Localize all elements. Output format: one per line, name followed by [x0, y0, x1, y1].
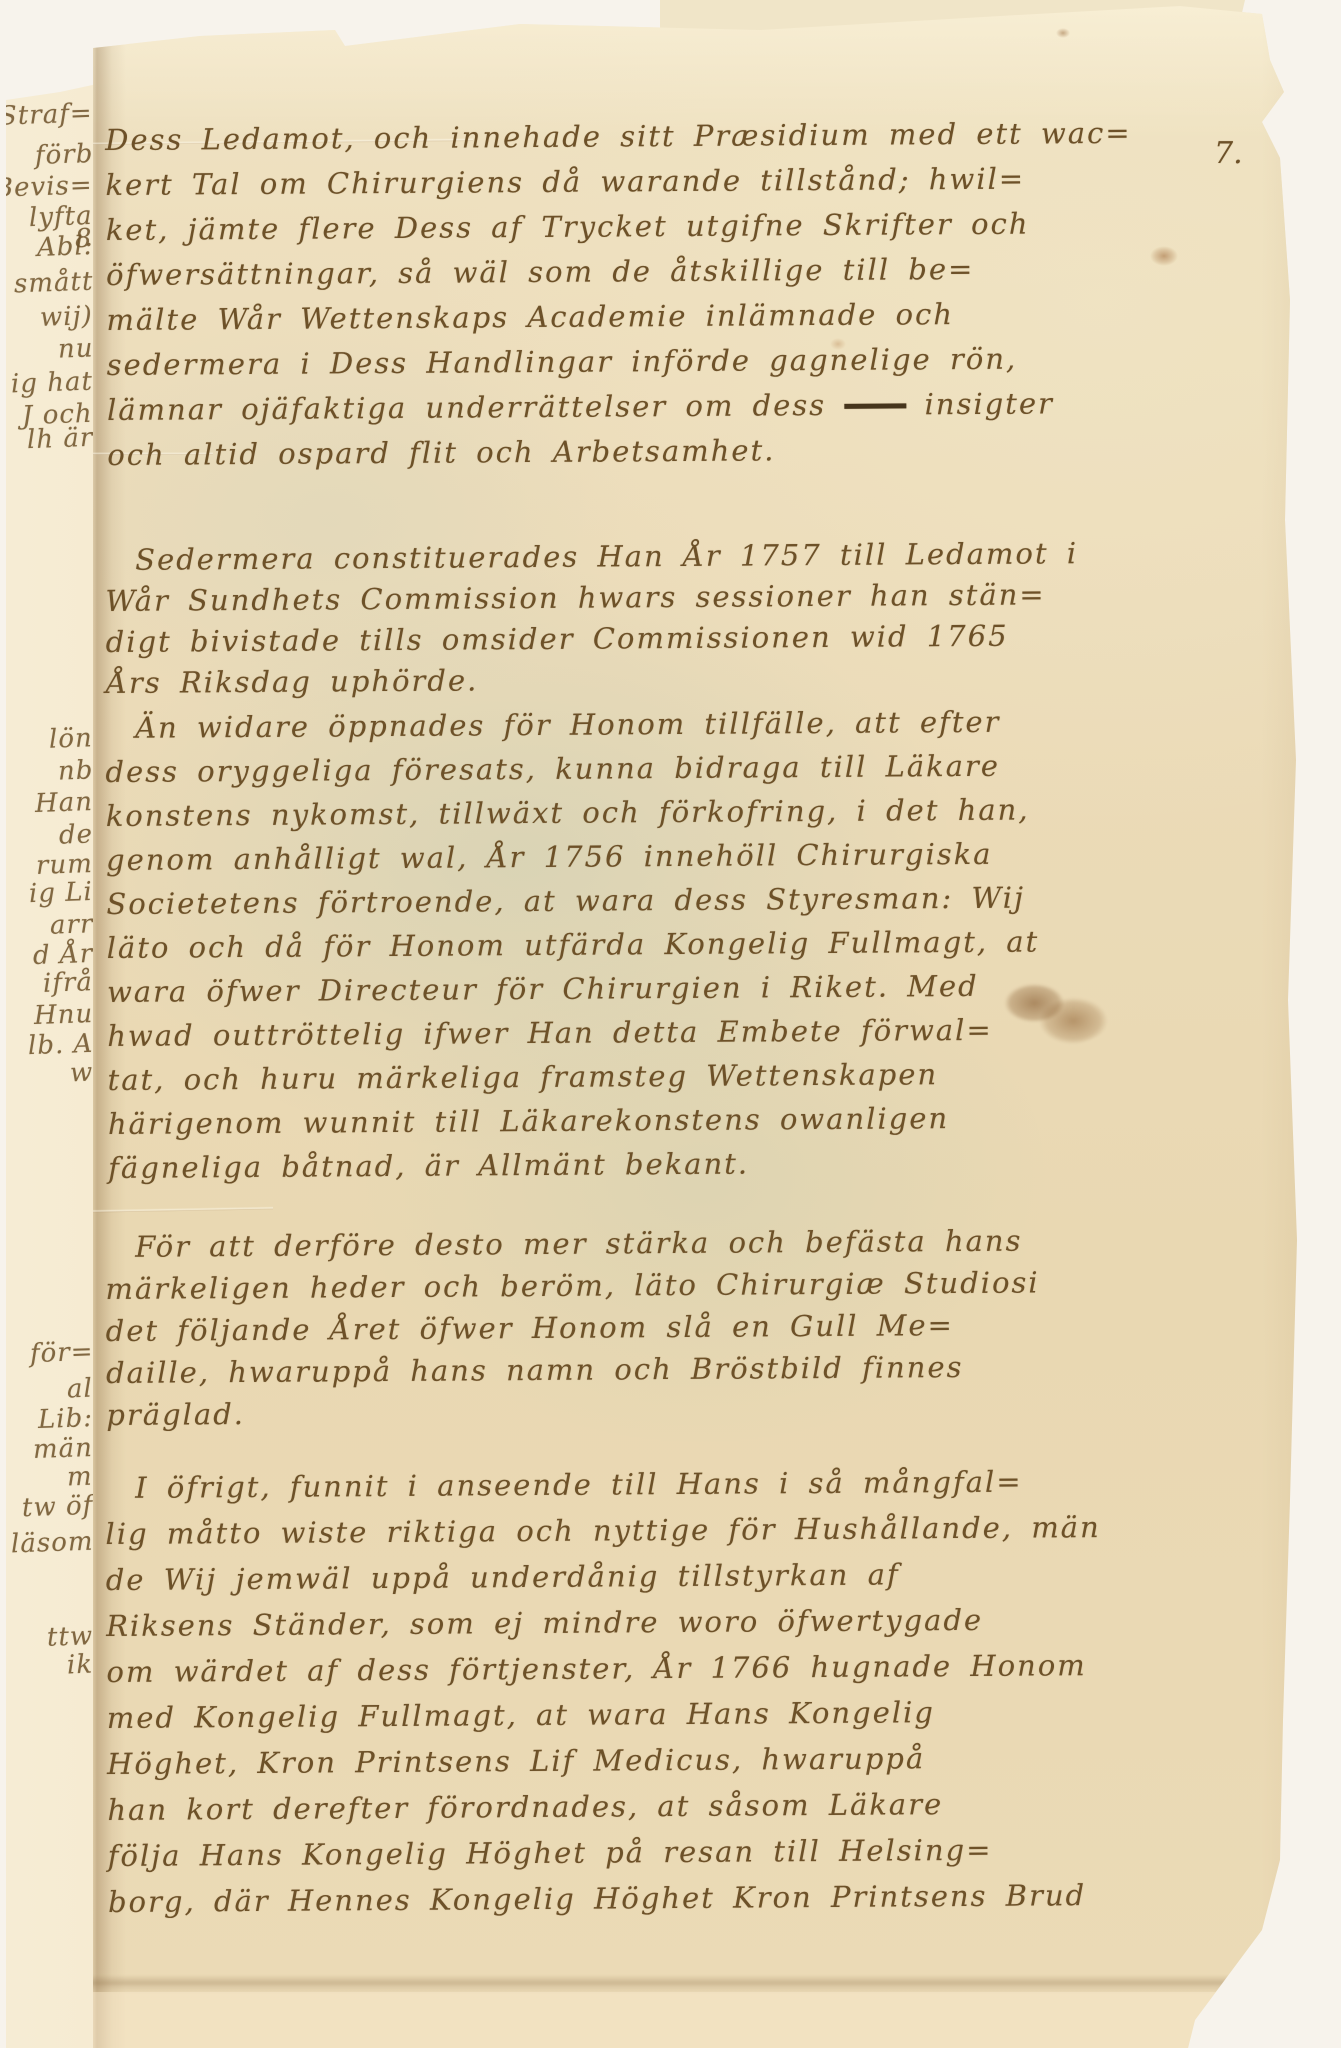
margin-fragment: Straf= [0, 98, 93, 131]
margin-fragment: tw öf [21, 1491, 93, 1523]
margin-fragment: lb. A [27, 1029, 93, 1061]
margin-fragment: Hnu [33, 999, 93, 1031]
margin-fragment: w [69, 1058, 93, 1089]
margin-fragment: ttw [46, 1621, 93, 1653]
margin-fragment: ik [66, 1650, 93, 1681]
bottom-fold-shadow [60, 1975, 1300, 1993]
handwritten-line: lig måtto wiste riktiga och nyttige för … [105, 1503, 1290, 1557]
margin-fragment: smått [13, 267, 93, 300]
margin-fragment: wij) [40, 301, 94, 333]
crease-line [93, 1206, 273, 1212]
margin-fragment: al [67, 1374, 94, 1405]
handwritten-line: och altid ospard flit och Arbetsamhet. [107, 425, 1292, 478]
handwritten-line: om wärdet af dess förtjenster, År 1766 h… [106, 1641, 1291, 1695]
handwritten-line: de Wij jemwäl uppå underdånig tillstyrka… [106, 1549, 1291, 1603]
handwritten-line: präglad. [106, 1386, 1291, 1436]
bottom-fold-flap [70, 1992, 1290, 2048]
margin-fragment: ig Li [29, 877, 94, 909]
handwritten-line: Höghet, Kron Printsens Lif Medicus, hwar… [107, 1733, 1292, 1787]
handwritten-line: följa Hans Kongelig Höghet på resan till… [108, 1825, 1293, 1879]
margin-fragment: d År [32, 939, 93, 971]
margin-fragment: förb [34, 139, 93, 171]
margin-fragment: för= [29, 1337, 94, 1369]
handwritten-line: borg, där Hennes Kongelig Höghet Kron Pr… [108, 1871, 1293, 1925]
handwritten-line: Dess Ledamot, och innehade sitt Præsidiu… [105, 110, 1290, 163]
margin-fragment: Han [35, 787, 94, 819]
handwritten-line: I öfrigt, funnit i anseende till Hans i … [105, 1457, 1290, 1511]
handwritten-line: han kort derefter förordnades, at såsom … [107, 1779, 1292, 1833]
margin-fragment: ig hat [11, 367, 94, 400]
small-stain [1056, 28, 1070, 38]
margin-fragment: lön [49, 723, 94, 755]
margin-fragment: ifrå [43, 967, 94, 999]
margin-fragment: de [58, 819, 93, 850]
handwritten-line: fägneliga båtnad, är Allmänt bekant. [108, 1138, 1293, 1190]
handwritten-line: Års Riksdag uphörde. [106, 655, 1291, 704]
manuscript-photo: Straf=förbBevis=lyftaAbl:8småttwij)nuig … [0, 0, 1341, 2048]
margin-fragment: Bevis= [0, 170, 93, 203]
margin-fragment: nb [57, 755, 93, 786]
handwritten-line: med Kongelig Fullmagt, at wara Hans Kong… [107, 1687, 1292, 1741]
margin-fragment: arr [49, 909, 93, 940]
margin-fragment: läsom [10, 1527, 93, 1560]
paragraph-2: Sedermera constituerades Han År 1757 til… [105, 532, 1291, 704]
margin-fragment: m [67, 1462, 94, 1493]
margin-fragment: Lib: [38, 1403, 94, 1435]
crossed-out-word: —— [844, 387, 906, 421]
margin-fragment: män [33, 1433, 94, 1465]
paragraph-4: För att derföre desto mer stärka och bef… [105, 1218, 1291, 1436]
paragraph-1: Dess Ledamot, och innehade sitt Præsidiu… [105, 110, 1292, 478]
paragraph-5: I öfrigt, funnit i anseende till Hans i … [105, 1457, 1293, 1925]
handwritten-line: Riksens Ständer, som ej mindre woro öfwe… [106, 1595, 1291, 1649]
margin-fragment: lh är [26, 423, 93, 455]
margin-fragment: nu [57, 333, 94, 364]
manuscript-page: 7. Dess Ledamot, och innehade sitt Præsi… [0, 0, 1341, 2048]
margin-fragment: 8 [75, 224, 94, 255]
paragraph-3: Än widare öppnades för Honom tillfälle, … [105, 698, 1293, 1190]
